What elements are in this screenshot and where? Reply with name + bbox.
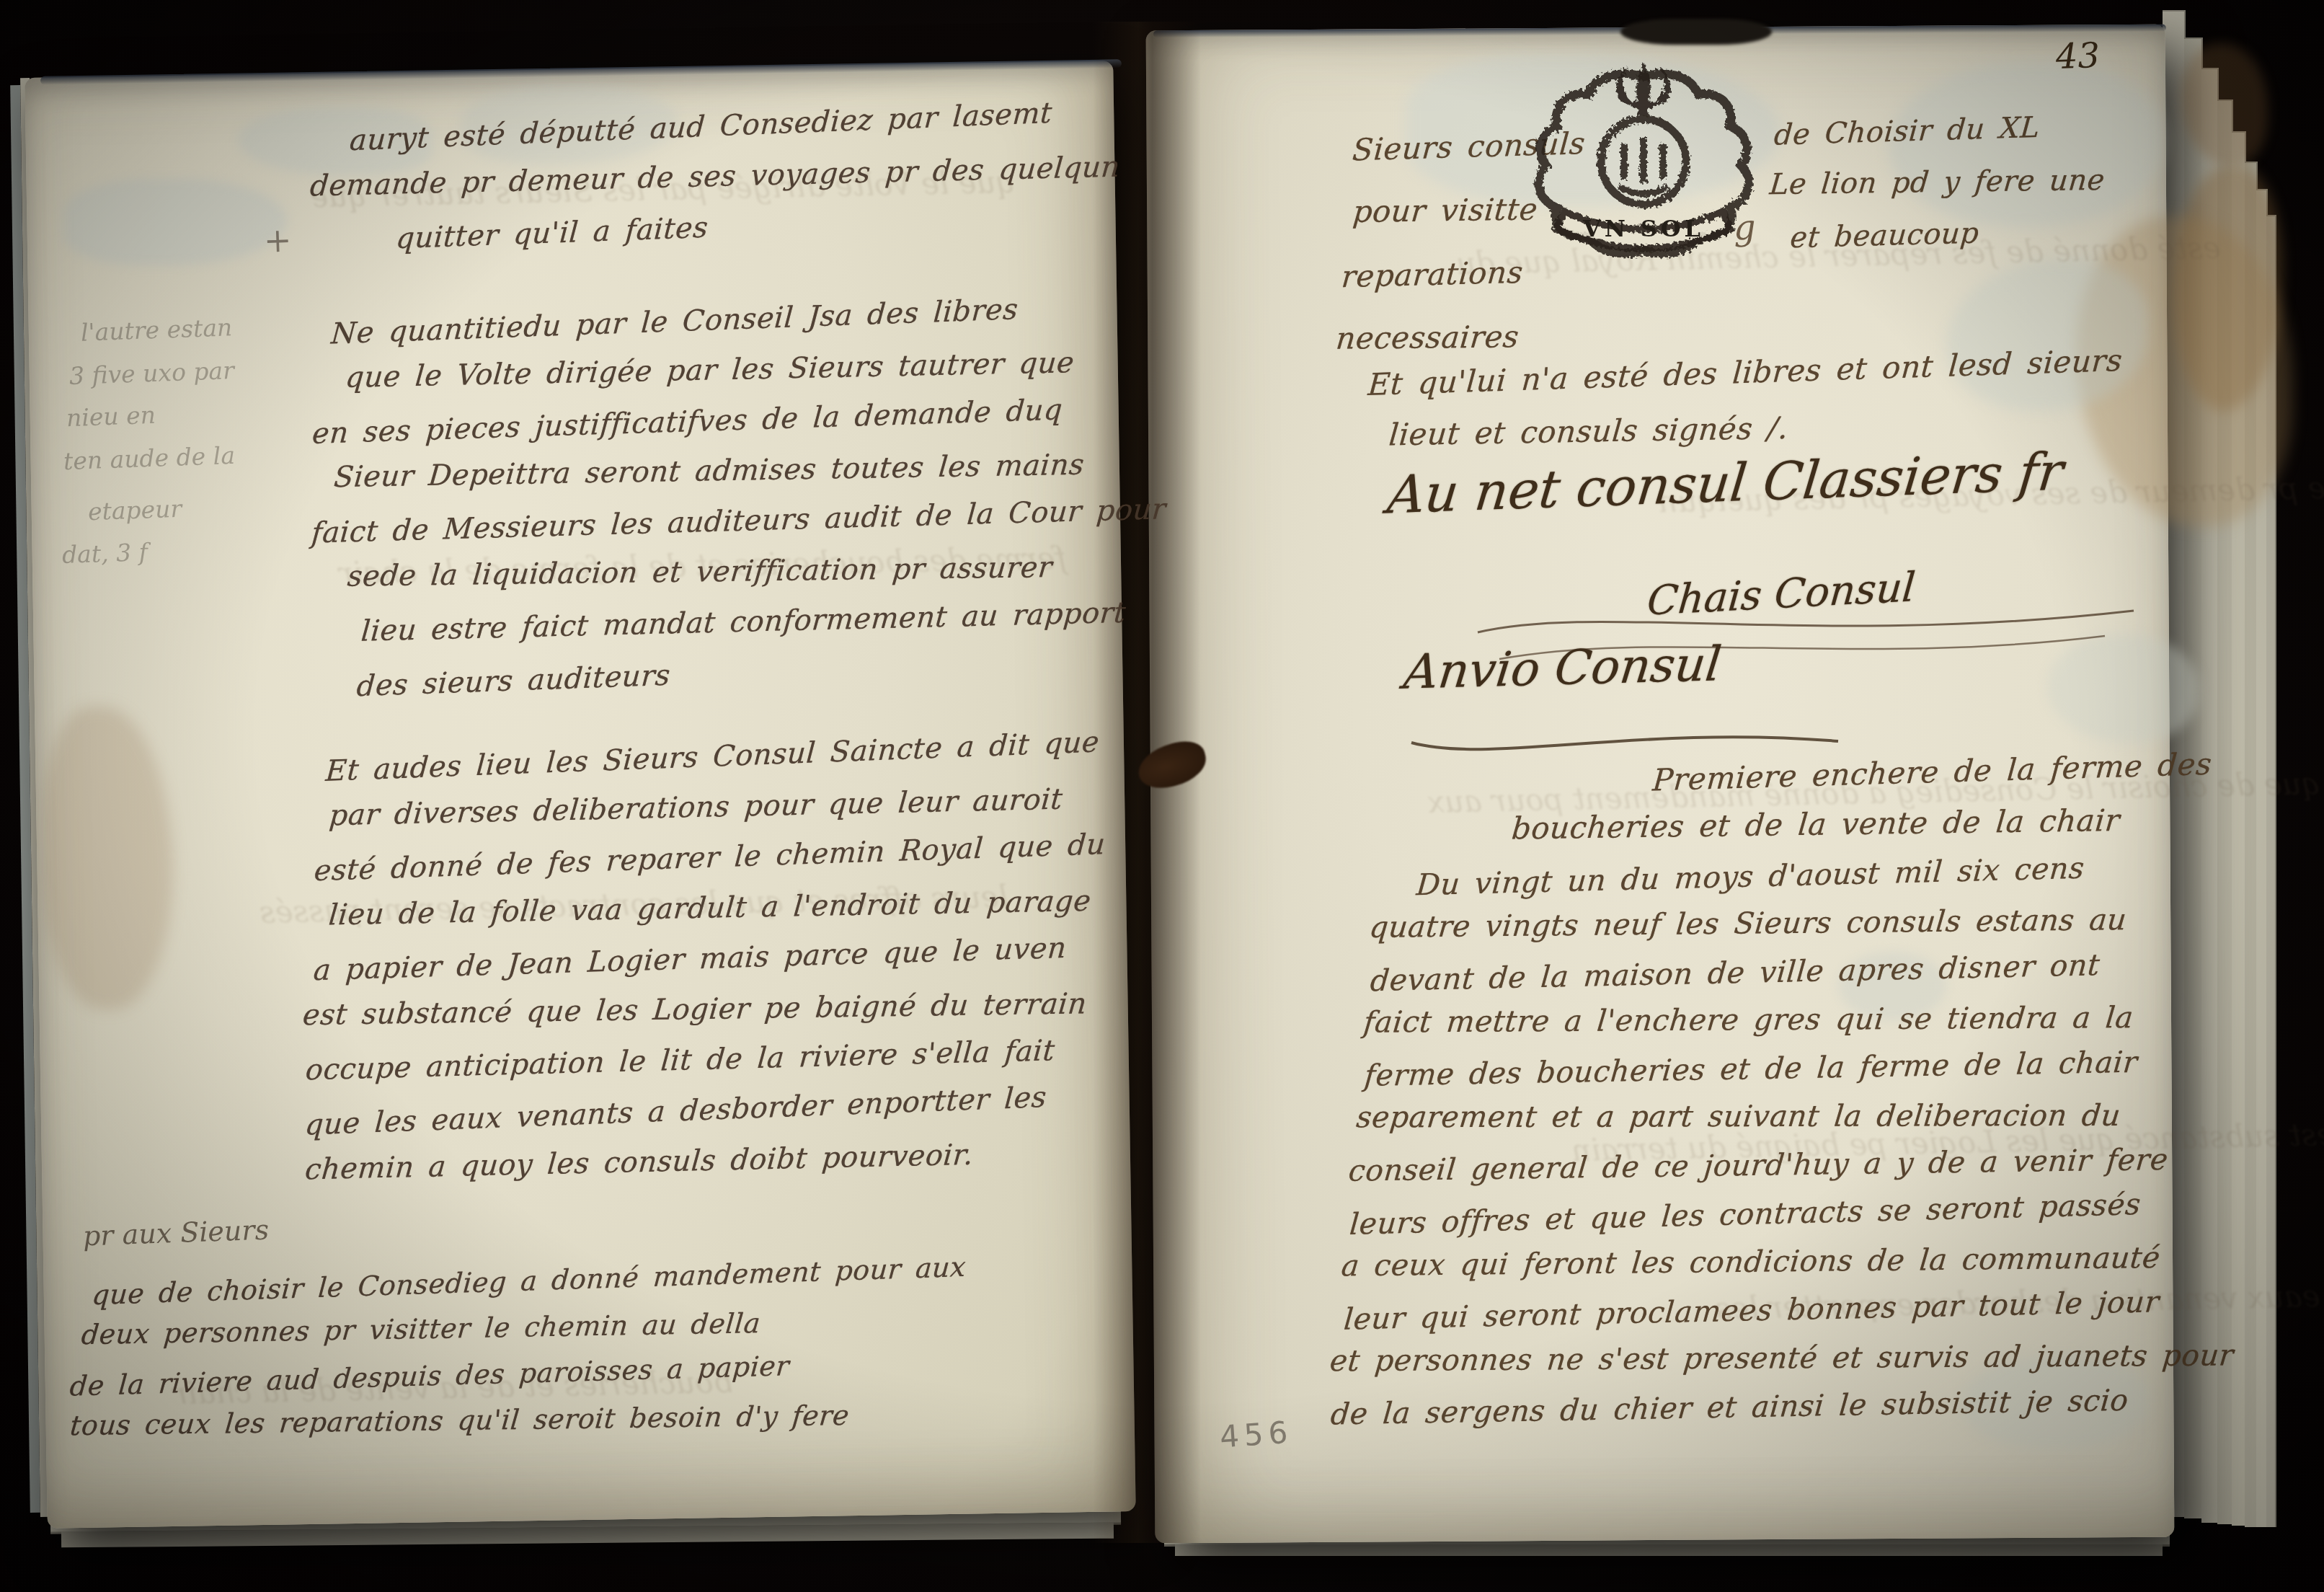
stamp-banner-text: VN SOL (1582, 215, 1704, 242)
fiscal-stamp: VN SOL (1528, 52, 1759, 261)
left-liquidation-paragraph: Ne quantitiedu par le Conseil Jsa des li… (287, 283, 1184, 709)
folio-pencil-number: 456 (1218, 1415, 1293, 1455)
margin-note: etapeur (87, 495, 182, 526)
left-bottom-paragraph: que de choisir le Consedieg a donné mand… (61, 1249, 967, 1452)
signature-third: Anvio Consul (1401, 636, 1724, 700)
right-header-block: Premiere enchere de la ferme desboucheri… (1499, 742, 2214, 855)
manuscript-photograph: que le Volte dirigée par les Sieurs taut… (0, 0, 2324, 1592)
left-margin-label: pr aux Sieurs (82, 1214, 269, 1252)
stamp-fleur-de-lis (1617, 63, 1670, 116)
left-chemin-paragraph: Et audes lieu les Sieurs Consul Saincte … (288, 721, 1115, 1197)
margin-note: nieu en (66, 401, 156, 432)
manuscript-line: de Choisir du XL (1772, 99, 2111, 162)
right-topright-block: de Choisir du XLLe lion pd y fere uneet … (1763, 102, 2112, 263)
page-number: 43 (2055, 35, 2101, 77)
margin-note: ten aude de la (63, 441, 235, 475)
margin-note: 3 five uxo par (68, 356, 234, 390)
right-main-paragraph: Du vingt un du moys d'aoust mil six cens… (1323, 844, 2280, 1438)
stamp-device (1624, 137, 1663, 183)
margin-note: dat, 3 f (61, 538, 148, 569)
margin-cross: + (263, 220, 292, 260)
margin-note: l'autre estan (80, 313, 232, 346)
manuscript-line: Le lion pd y fere une (1768, 154, 2107, 211)
manuscript-line: et beaucoup (1788, 204, 2103, 264)
left-top-paragraph: auryt esté députté aud Consediez par las… (304, 89, 1126, 264)
manuscript-line: separement et a part suivant la delibera… (1354, 1091, 2258, 1141)
page-edge (1175, 1544, 2163, 1556)
